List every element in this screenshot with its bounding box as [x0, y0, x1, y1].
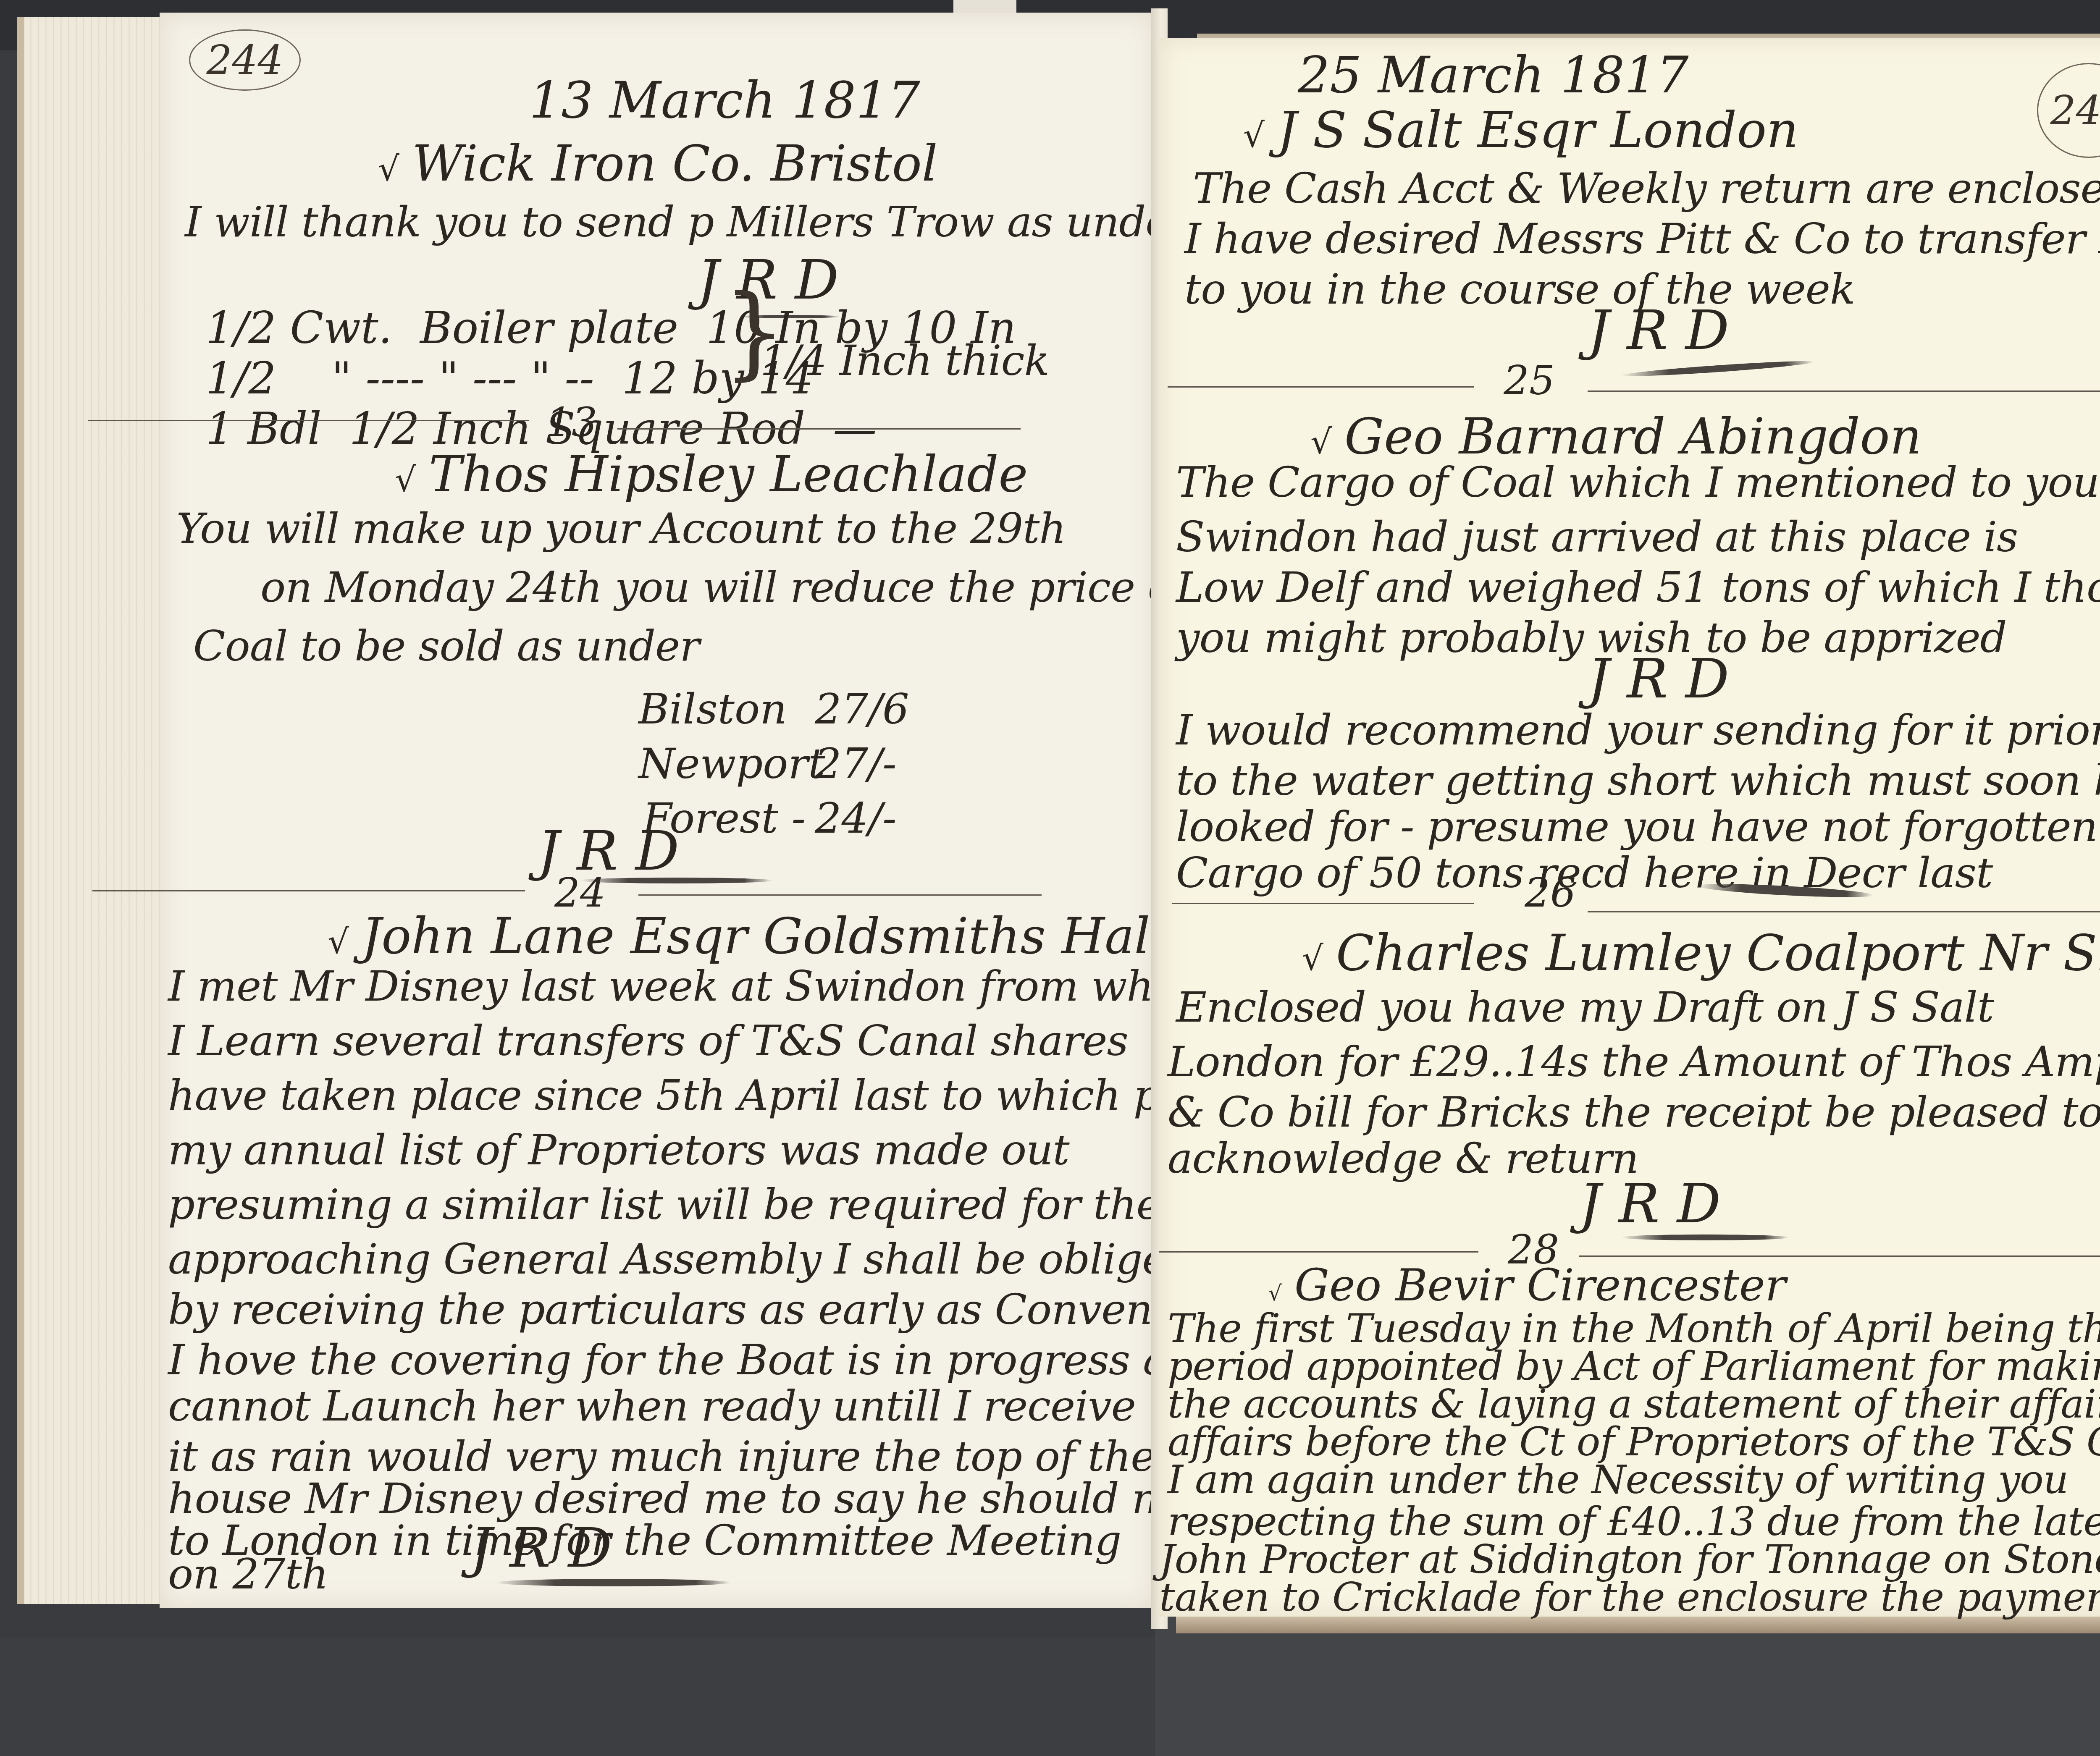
letter-body-line: Coal to be sold as under [193, 621, 699, 671]
check-mark-icon: √ [1302, 939, 1323, 978]
letter-body-line: on 27th [168, 1549, 328, 1599]
postscript-line: to the water getting short which must so… [1176, 756, 2100, 805]
check-mark-icon: √ [395, 460, 416, 499]
entry-divider [1172, 903, 1474, 904]
letter-body-line: taken to Cricklade for the enclosure the… [1159, 1575, 2100, 1620]
letter-body-line: I am again under the Necessity of writin… [1168, 1457, 2068, 1503]
entry-divider [1159, 1251, 1478, 1253]
right-page: 245 25 March 1817 √J S Salt Esqr London … [1159, 38, 2100, 1617]
letter-addressee: √Geo Bevir Cirencester [1268, 1260, 1786, 1311]
book-cover-bottom [1155, 1617, 2100, 1756]
signature: J R D [1579, 1172, 1721, 1235]
letter-body-line: You will make up your Account to the 29t… [176, 504, 1066, 553]
price-row: Forest -24/- [643, 794, 897, 843]
letter-body-line: Low Delf and weighed 51 tons of which I … [1176, 563, 2100, 612]
check-mark-icon: √ [1243, 116, 1265, 155]
signature: J R D [1588, 647, 1729, 710]
postscript-line: I would recommend your sending for it pr… [1176, 705, 2100, 755]
entry-divider [617, 428, 1021, 430]
letter-body-line: cannot Launch her when ready untill I re… [168, 1381, 1136, 1431]
letter-body-line: Enclosed you have my Draft on J S Salt [1176, 983, 1994, 1032]
letter-body-line: by receiving the particulars as early as… [168, 1285, 1233, 1334]
letter-body-line: on Monday 24th you will reduce the price… [260, 563, 1188, 612]
letter-body-line: my annual list of Proprietors was made o… [168, 1125, 1069, 1174]
entry-divider [1588, 391, 2100, 392]
letter-addressee: √Charles Lumley Coalport Nr Shifnall [1302, 924, 2100, 982]
letter-body-line: Swindon had just arrived at this place i… [1176, 512, 2018, 561]
letter-addressee: √J S Salt Esqr London [1243, 101, 1798, 159]
entry-divider [1588, 911, 2100, 912]
check-mark-icon: √ [1310, 422, 1332, 461]
price-row: Newport27/- [638, 739, 897, 788]
entry-day: 26 [1525, 869, 1576, 916]
entry-divider [1579, 1255, 2100, 1257]
letter-addressee: √Wick Iron Co. Bristol [378, 134, 938, 192]
letter-body-line: The Cash Acct & Weekly return are enclos… [1193, 164, 2100, 213]
letter-addressee: √Thos Hipsley Leachlade [395, 445, 1028, 503]
letter-body-line: presuming a similar list will be require… [168, 1180, 1161, 1229]
letter-addressee: √John Lane Esqr Goldsmiths Hall [328, 907, 1166, 965]
check-mark-icon: √ [328, 922, 349, 961]
postscript-line: Cargo of 50 tons recd here in Decr last [1176, 848, 1992, 897]
signature: J R D [1588, 298, 1729, 362]
entry-divider [1168, 386, 1474, 388]
signature-flourish [1621, 1234, 1789, 1240]
letter-body-line: approaching General Assembly I shall be … [168, 1234, 1193, 1284]
letter-body-line: I will thank you to send p Millers Trow … [185, 197, 1189, 246]
entry-divider [88, 420, 529, 421]
letter-body-line: & Co bill for Bricks the receipt be plea… [1168, 1088, 2100, 1137]
letter-body-line: to you in the course of the week [1184, 265, 1855, 314]
left-page: 244 13 March 1817 √Wick Iron Co. Bristol… [160, 13, 1155, 1608]
price-row: Bilston27/6 [638, 684, 909, 734]
letter-body-line: I hove the covering for the Boat is in p… [168, 1335, 1218, 1384]
letter-body-line: acknowledge & return [1168, 1134, 1638, 1183]
letter-addressee: √Geo Barnard Abingdon [1310, 407, 1922, 465]
signature-flourish [580, 878, 773, 883]
letter-body-line: have taken place since 5th April last to… [168, 1071, 1268, 1120]
check-mark-icon: √ [378, 149, 399, 189]
letter-body-line: The Cargo of Coal which I mentioned to y… [1176, 458, 2100, 507]
date-heading: 13 March 1817 [529, 71, 920, 130]
letter-body-line: I met Mr Disney last week at Swindon fro… [168, 962, 1218, 1011]
check-mark-icon: √ [1268, 1281, 1282, 1305]
entry-divider [638, 894, 1042, 896]
entry-divider [92, 890, 525, 891]
letter-body-line: I have desired Messrs Pitt & Co to trans… [1184, 214, 2100, 263]
folio-number-right: 245 [2037, 63, 2100, 158]
folio-number-left: 244 [189, 29, 301, 91]
items-note: 1/4 Inch thick [760, 336, 1049, 385]
signature: J R D [470, 1516, 612, 1580]
letter-body-line: I Learn several transfers of T&S Canal s… [168, 1016, 1128, 1065]
date-heading: 25 March 1817 [1298, 46, 1689, 105]
entry-day: 13 [546, 399, 597, 446]
letter-body-line: London for £29..14s the Amount of Thos A… [1168, 1037, 2100, 1086]
signature-flourish [496, 1579, 731, 1586]
entry-day: 25 [1504, 357, 1555, 404]
postscript-line: looked for - presume you have not forgot… [1176, 802, 2100, 851]
page-stack-fore-edge [17, 17, 167, 1604]
